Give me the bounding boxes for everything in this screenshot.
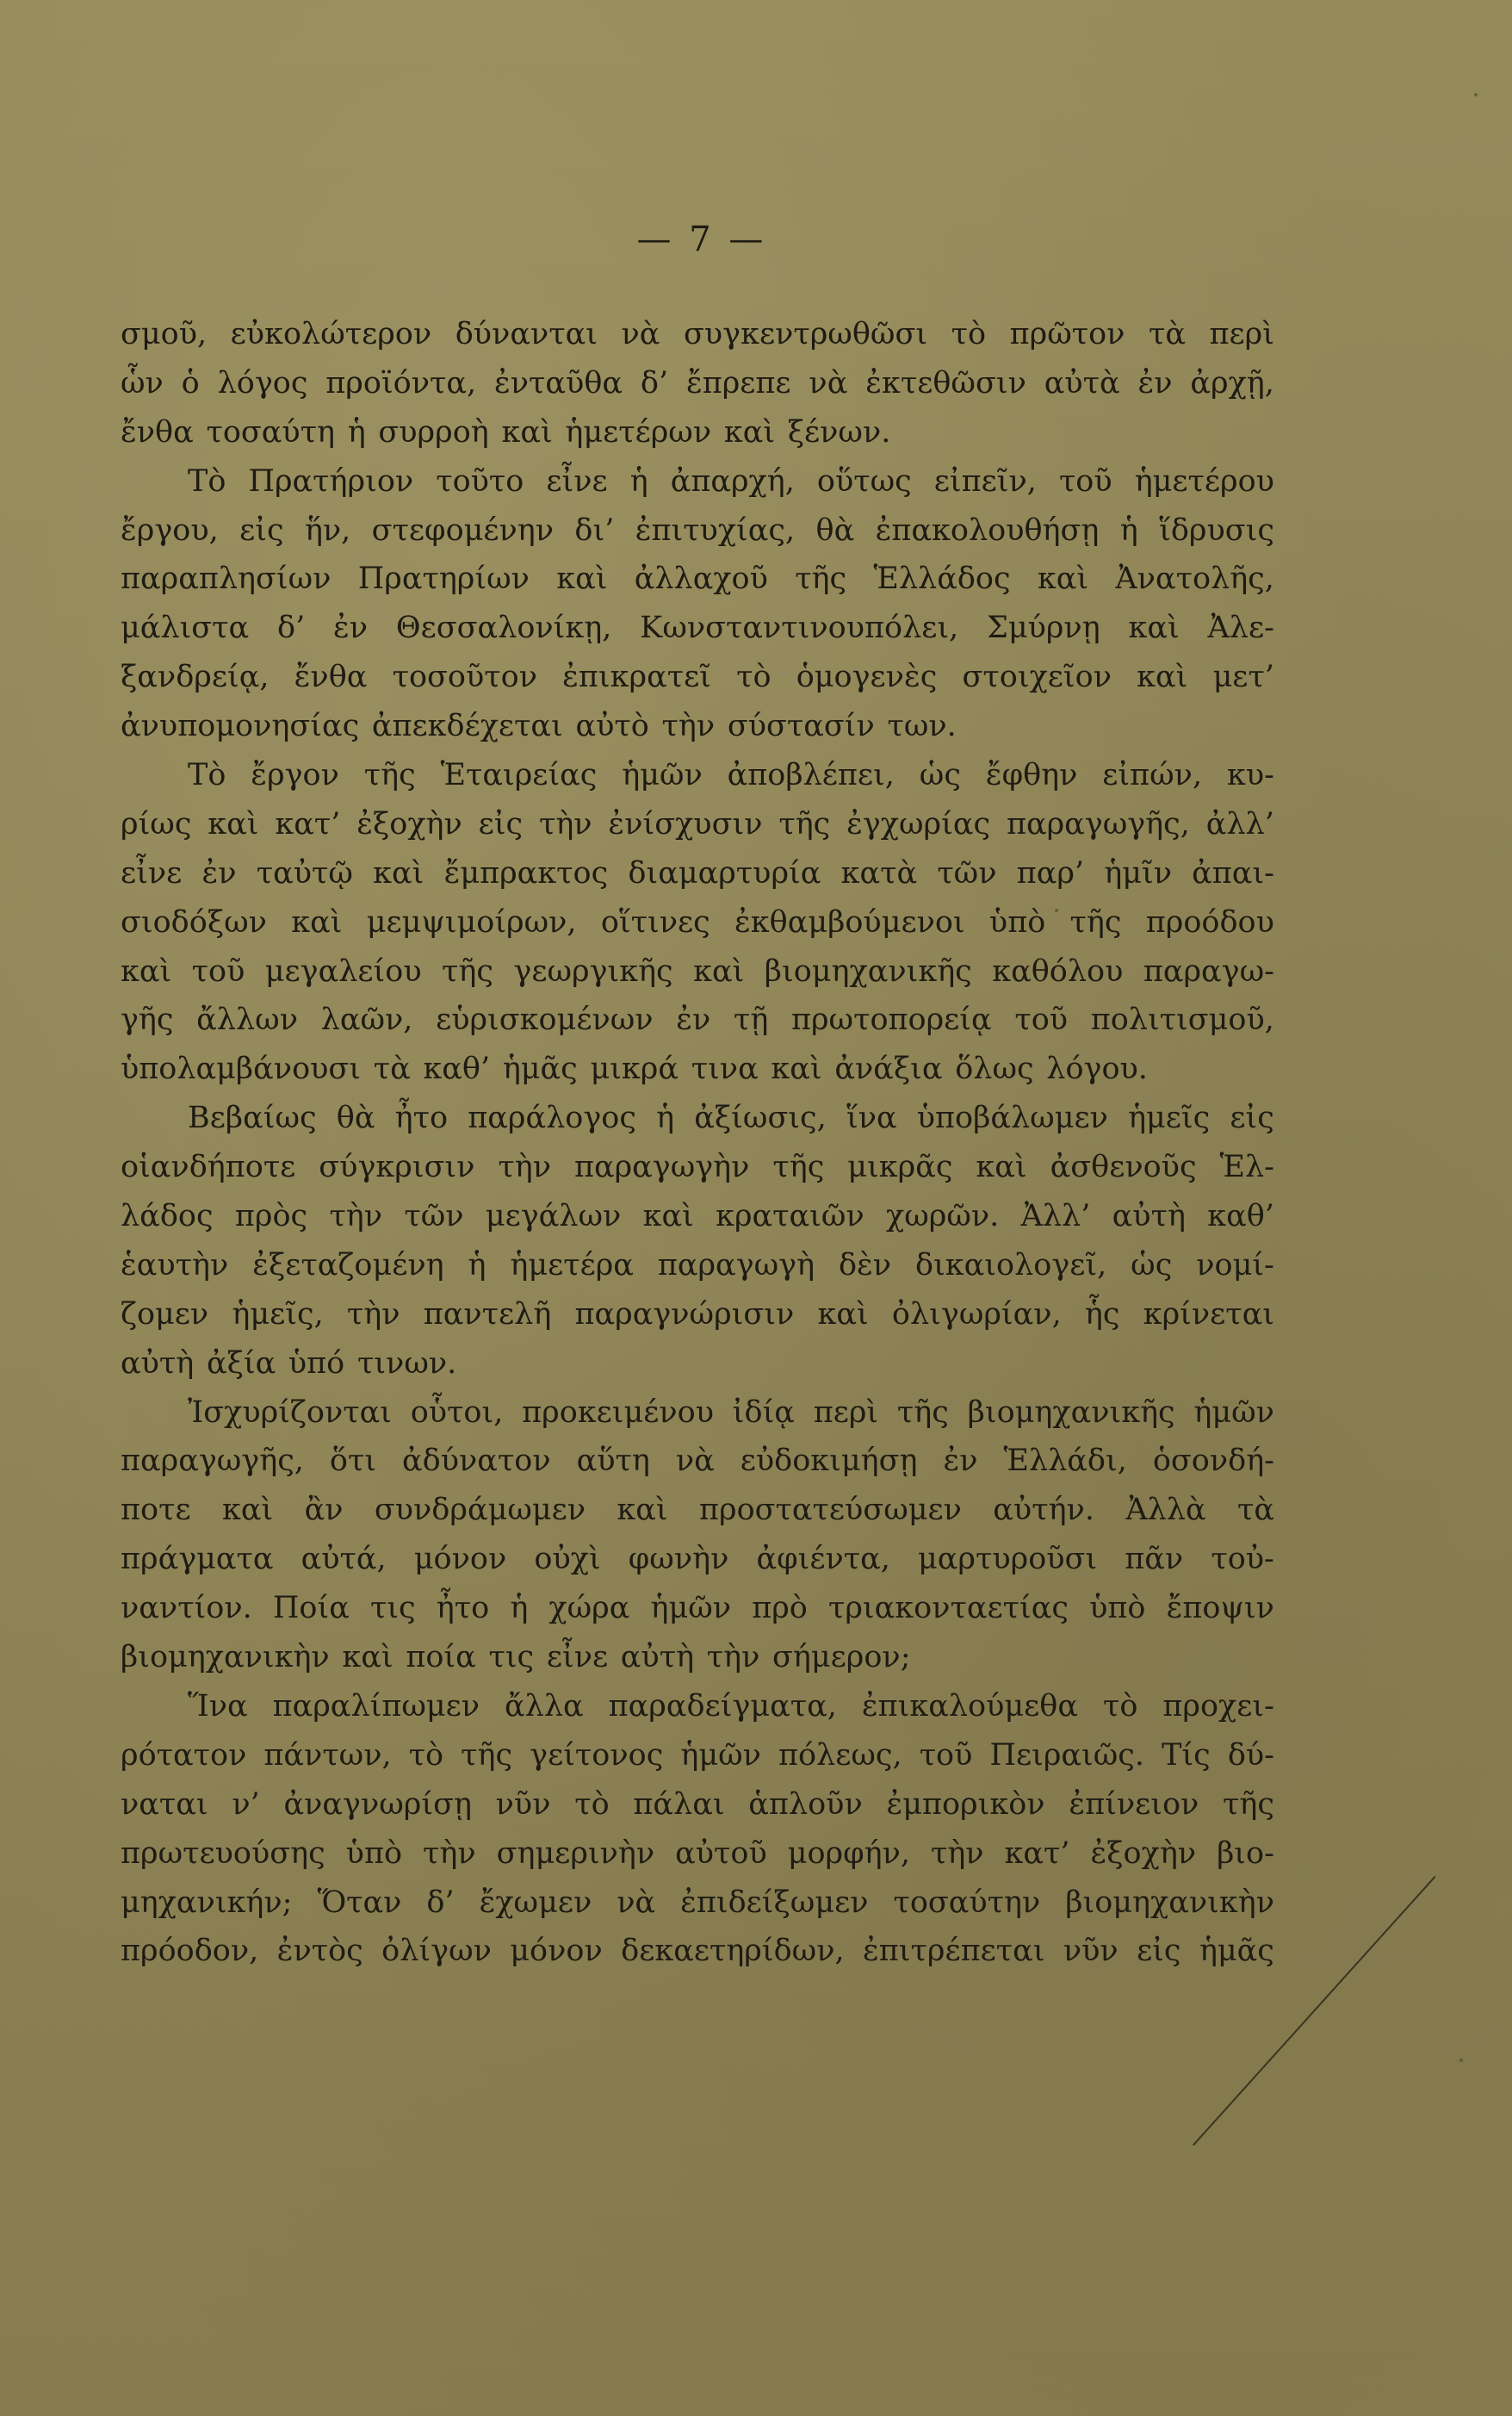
text-line: βιομηχανικὴνκαὶποίατιςεἶνεαὐτὴτὴνσήμερον… [121,1633,1274,1682]
text-line: πράγματααὐτά,μόνονοὐχὶφωνὴνἀφιέντα,μαρτυ… [121,1535,1274,1584]
text-line: ΤὸἔργοντῆςἙταιρείαςἡμῶνἀποβλέπει,ὡςἔφθην… [121,751,1274,800]
text-line: σμοῦ,εὐκολώτερονδύνανταινὰσυγκεντρωθῶσιτ… [121,310,1274,359]
text-line: οἱανδήποτεσύγκρισιντὴνπαραγωγὴντῆςμικρᾶς… [121,1143,1274,1192]
paper-speck [1474,93,1478,96]
text-line: λάδοςπρὸςτὴντῶνμεγάλωνκαὶκραταιῶνχωρῶν.Ἀ… [121,1192,1274,1241]
text-line: ἑαυτὴνἐξεταζομένηἡἡμετέραπαραγωγὴδὲνδικα… [121,1241,1274,1290]
text-line: καὶτοῦμεγαλείουτῆςγεωργικῆςκαὶβιομηχανικ… [121,947,1274,997]
text-line: ΤὸΠρατήριοντοῦτοεἶνεἡἀπαρχή,οὕτωςεἰπεῖν,… [121,457,1274,506]
body-text: σμοῦ,εὐκολώτερονδύνανταινὰσυγκεντρωθῶσιτ… [121,310,1274,1976]
text-line: ποτεκαὶἂνσυνδράμωμενκαὶπροστατεύσωμεναὐτ… [121,1486,1274,1535]
paper-speck [1459,2059,1463,2062]
text-line: ἔνθατοσαύτηἡσυρροὴκαὶἡμετέρωνκαὶξένων. [121,408,1274,457]
text-line: πρωτευούσηςὑπὸτὴνσημερινὴναὐτοῦμορφήν,τὴ… [121,1829,1274,1879]
text-line: ρίωςκαὶκατ’ἐξοχὴνεἰςτὴνἐνίσχυσιντῆςἐγχωρ… [121,800,1274,849]
text-line: παραπλησίωνΠρατηρίωνκαὶἀλλαχοῦτῆςἙλλάδος… [121,555,1274,604]
text-line: μάλισταδ’ἐνΘεσσαλονίκῃ,Κωνσταντινουπόλει… [121,604,1274,653]
text-line: ναντίον.Ποίατιςἦτοἡχώραἡμῶνπρὸτριακονταε… [121,1584,1274,1633]
paper-speck [1055,909,1058,912]
text-line: εἶνεἐνταὐτῷκαὶἔμπρακτοςδιαμαρτυρίακατὰτῶ… [121,849,1274,898]
text-line: ναταιν’ἀναγνωρίσῃνῦντὸπάλαιἁπλοῦνἐμπορικ… [121,1780,1274,1829]
text-line: Βεβαίωςθὰἦτοπαράλογοςἡἀξίωσις,ἵναὑποβάλω… [121,1094,1274,1143]
text-line: γῆςἄλλωνλαῶν,εὑρισκομένωνἐντῇπρωτοπορείᾳ… [121,996,1274,1045]
text-line: ξανδρείᾳ,ἔνθατοσοῦτονἐπικρατεῖτὸὁμογενὲς… [121,653,1274,702]
text-line: ὑπολαμβάνουσιτὰκαθ’ἡμᾶςμικράτινακαὶἀνάξι… [121,1045,1274,1094]
text-line: ἔργου,εἰςἥν,στεφομένηνδι’ἐπιτυχίας,θὰἐπα… [121,506,1274,556]
text-line: ὧνὁλόγοςπροϊόντα,ἐνταῦθαδ’ἔπρεπενὰἐκτεθῶ… [121,359,1274,408]
page-number: — 7 — [0,220,1404,259]
text-line: αὐτὴἀξίαὑπότινων. [121,1339,1274,1388]
text-line: σιοδόξωνκαὶμεμψιμοίρων,οἵτινεςἐκθαμβούμε… [121,898,1274,947]
text-line: Ἵναπαραλίπωμενἄλλαπαραδείγματα,ἐπικαλούμ… [121,1682,1274,1731]
text-line: ἀνυπομονησίαςἀπεκδέχεταιαὐτὸτὴνσύστασίντ… [121,702,1274,751]
text-line: Ἰσχυρίζονταιοὗτοι,προκειμένουἰδίᾳπερὶτῆς… [121,1388,1274,1438]
text-line: ζομενἡμεῖς,τὴνπαντελῆπαραγνώρισινκαὶὀλιγ… [121,1290,1274,1339]
text-line: μηχανικήν;Ὅτανδ’ἔχωμεννὰἐπιδείξωμεντοσαύ… [121,1879,1274,1928]
text-line: ρότατονπάντων,τὸτῆςγείτονοςἡμῶνπόλεως,το… [121,1731,1274,1780]
text-line: παραγωγῆς,ὅτιἀδύνατοναὕτηνὰεὐδοκιμήσῃἐνἙ… [121,1437,1274,1486]
text-line: πρόοδον,ἐντὸςὀλίγωνμόνονδεκαετηρίδων,ἐπι… [121,1927,1274,1976]
